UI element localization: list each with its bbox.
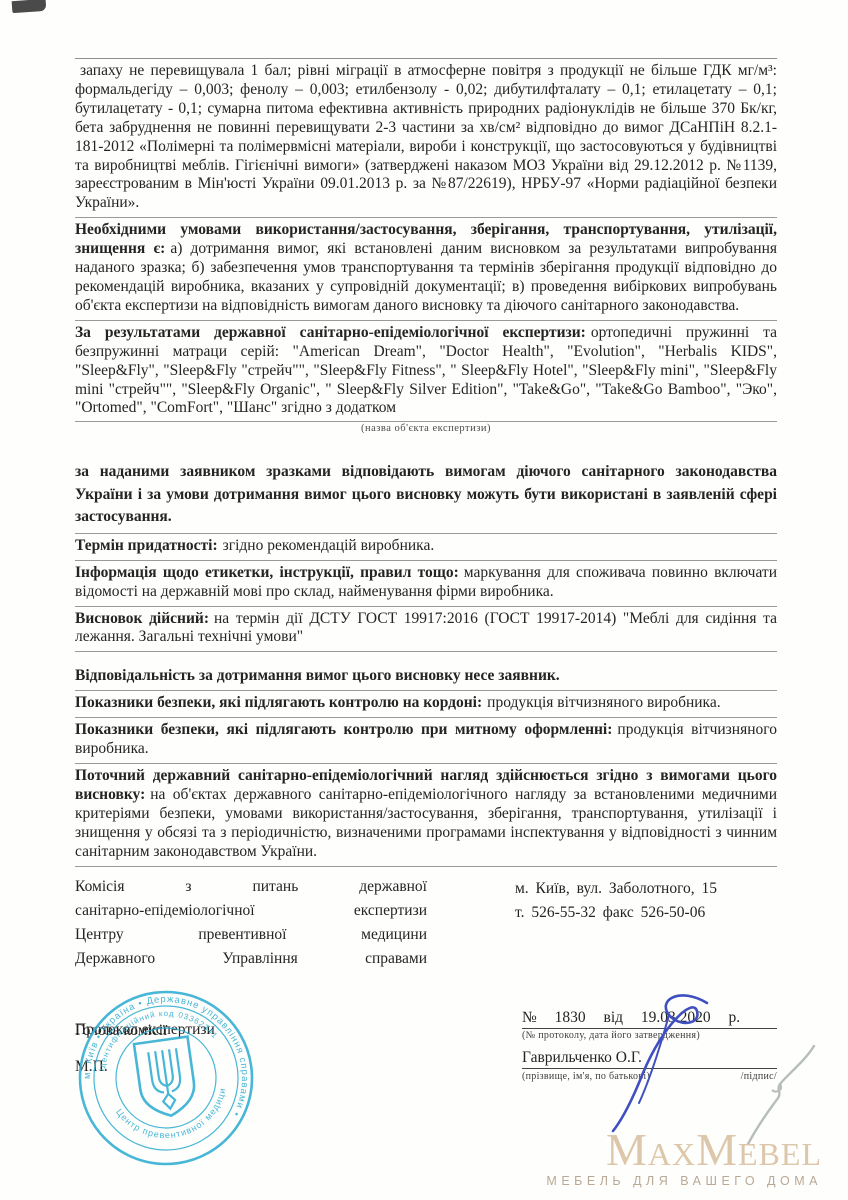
section-customs-control: Показники безпеки, які підлягають контро… — [75, 718, 777, 764]
address-line: т. 526-55-32 факс 526-50-06 — [515, 901, 777, 925]
maxmebel-watermark: MaxMebel МЕБЕЛЬ ДЛЯ ВАШЕГО ДОМА — [546, 1128, 822, 1188]
document-body: запаху не перевищувала 1 бал; рівні мігр… — [75, 58, 777, 1082]
section-label: Висновок дійсний: — [75, 610, 209, 627]
section-text: а) дотримання вимог, які встановлені дан… — [75, 240, 777, 314]
address-line: м. Київ, вул. Заболотного, 15 — [515, 877, 777, 901]
section-label-info: Інформація щодо етикетки, інструкції, пр… — [75, 561, 777, 607]
section-text: на об'єктах державного санітарно-епідемі… — [75, 786, 777, 860]
section-label: Термін придатності: — [75, 537, 218, 554]
section-label: За результатами державної санітарно-епід… — [75, 324, 586, 341]
commission-line: Комісія з питань державної — [75, 875, 427, 899]
section-conformity-statement: за наданими заявником зразками відповіда… — [75, 458, 777, 534]
section-text: запаху не перевищувала 1 бал; рівні мігр… — [75, 62, 777, 211]
section-usage-conditions: Необхідними умовами використання/застосу… — [75, 218, 777, 321]
section-responsibility: Відповідальність за дотримання вимог цьо… — [75, 664, 777, 691]
section-text: згідно рекомендацій виробника. — [223, 537, 435, 554]
commission-block: Комісія з питань державної санітарно-епі… — [75, 875, 427, 971]
document-page: запаху не перевищувала 1 бал; рівні мігр… — [0, 0, 848, 1200]
object-name-caption: (назва об'єкта експертизи) — [75, 422, 777, 436]
section-current-supervision: Поточний державний санітарно-епідеміолог… — [75, 764, 777, 867]
commission-line: санітарно-епідеміологічної експертизи — [75, 899, 427, 923]
section-text: за наданими заявником зразками відповіда… — [75, 463, 777, 525]
section-text: продукція вітчизняного виробника. — [487, 694, 720, 711]
section-validity: Висновок дійсний:на термін дії ДСТУ ГОСТ… — [75, 607, 777, 653]
section-label: Відповідальність за дотримання вимог цьо… — [75, 667, 560, 684]
section-expertise-results: За результатами державної санітарно-епід… — [75, 321, 777, 437]
spacer — [75, 652, 777, 664]
trident-emblem-icon — [134, 1037, 198, 1120]
section-label: Показники безпеки, які підлягають контро… — [75, 721, 612, 738]
maxmebel-tagline: МЕБЕЛЬ ДЛЯ ВАШЕГО ДОМА — [546, 1174, 822, 1188]
footer-columns: Комісія з питань державної санітарно-епі… — [75, 867, 777, 971]
section-shelf-life: Термін придатності:згідно рекомендацій в… — [75, 534, 777, 561]
section-label: Показники безпеки, які підлягають контро… — [75, 694, 482, 711]
address-block: м. Київ, вул. Заболотного, 15 т. 526-55-… — [515, 875, 777, 971]
commission-line: Центру превентивної медицини — [75, 923, 427, 947]
official-round-stamp: м. Київ • Україна • Державне управління … — [53, 965, 279, 1191]
scan-artifact-top-left — [12, 0, 47, 13]
section-label: Інформація щодо етикетки, інструкції, пр… — [75, 564, 459, 581]
section-migration-limits: запаху не перевищувала 1 бал; рівні мігр… — [75, 59, 777, 218]
maxmebel-logo-text: MaxMebel — [546, 1128, 822, 1172]
section-border-control: Показники безпеки, які підлягають контро… — [75, 691, 777, 718]
spacer — [75, 436, 777, 458]
